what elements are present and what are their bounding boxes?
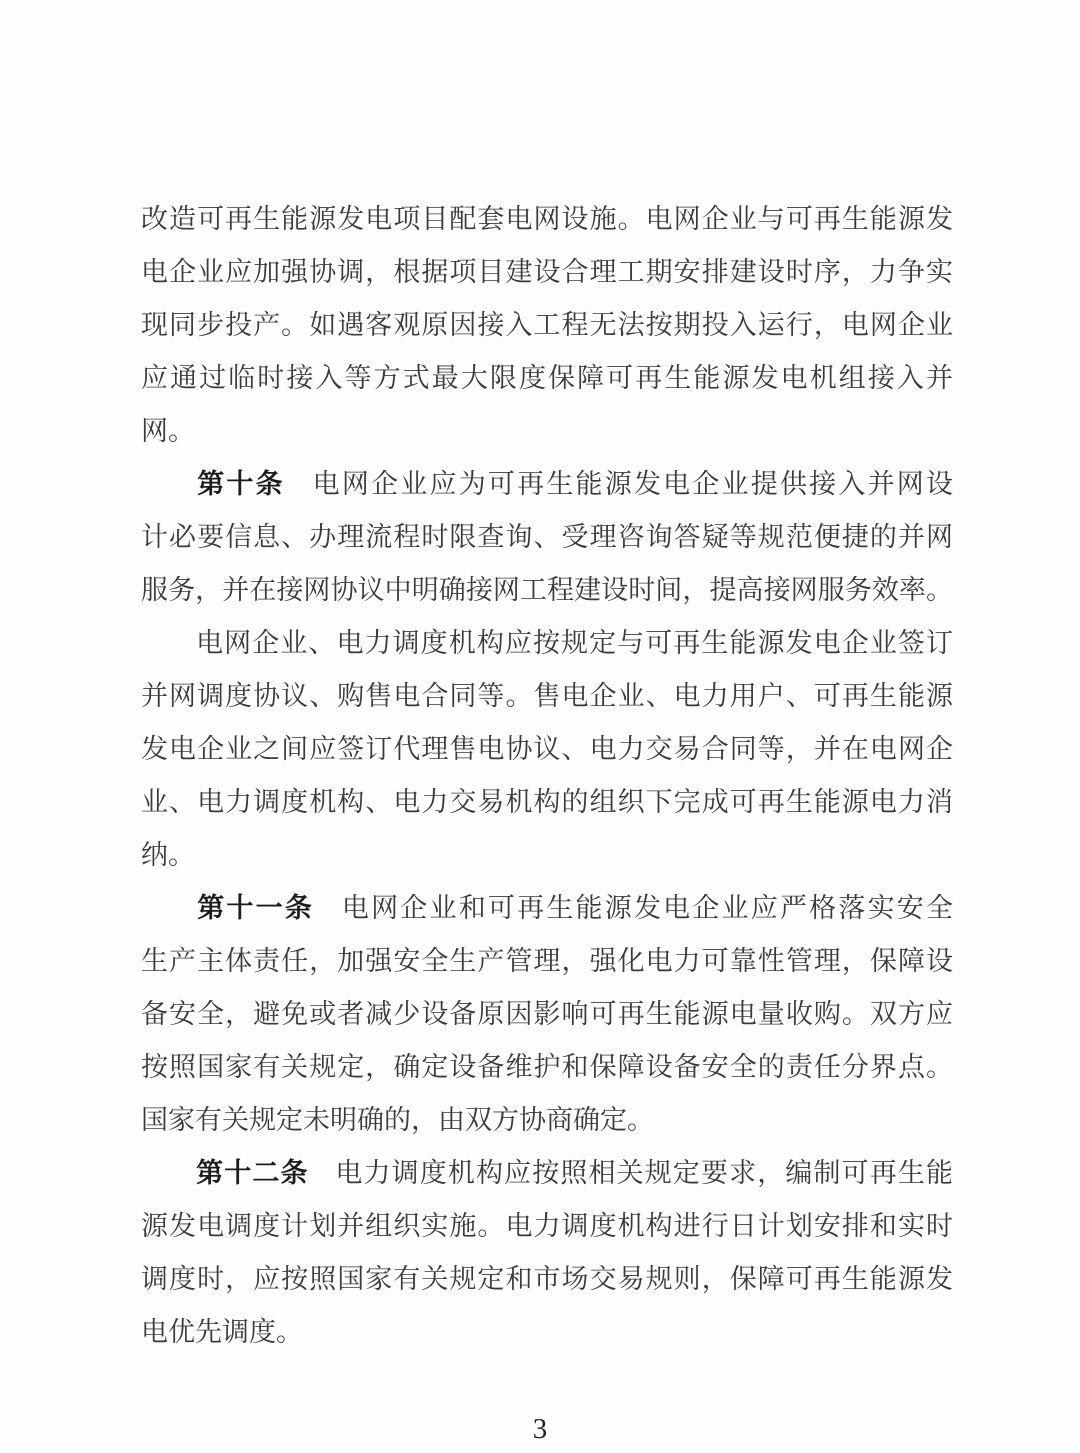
text-line: 现同步投产。如遇客观原因接入工程无法按期投入运行，电网企业 — [141, 299, 953, 352]
line-text: 电网企业和可再生能源发电企业应严格落实安全 — [340, 893, 953, 923]
heading-separator — [285, 492, 311, 493]
line-text: 电网企业、电力调度机构应按规定与可再生能源发电企业签订 — [195, 628, 953, 658]
text-line: 电优先调度。 — [141, 1306, 953, 1359]
text-line: 服务，并在接网协议中明确接网工程建设时间，提高接网服务效率。 — [141, 564, 953, 617]
line-text: 电力调度机构应按照相关规定要求，编制可再生能 — [334, 1158, 953, 1188]
heading-separator — [314, 916, 340, 917]
document-body: 改造可再生能源发电项目配套电网设施。电网企业与可再生能源发电企业应加强协调，根据… — [141, 193, 953, 1359]
paragraph-indent — [141, 651, 195, 652]
paragraph-indent — [141, 492, 195, 493]
text-line: 国家有关规定未明确的，由双方协商确定。 — [141, 1094, 953, 1147]
text-line: 电企业应加强协调，根据项目建设合理工期安排建设时序，力争实 — [141, 246, 953, 299]
heading-separator — [309, 1181, 335, 1182]
article-number-heading: 第十一条 — [195, 893, 314, 923]
text-line: 发电企业之间应签订代理售电协议、电力交易合同等，并在电网企 — [141, 723, 953, 776]
text-line: 调度时，应按照国家有关规定和市场交易规则，保障可再生能源发 — [141, 1253, 953, 1306]
article-number-heading: 第十条 — [195, 469, 285, 499]
text-line: 应通过临时接入等方式最大限度保障可再生能源发电机组接入并 — [141, 352, 953, 405]
paragraph-indent — [141, 916, 195, 917]
text-line: 并网调度协议、购售电合同等。售电企业、电力用户、可再生能源 — [141, 670, 953, 723]
article-number-heading: 第十二条 — [195, 1158, 309, 1188]
line-text: 改造可再生能源发电项目配套电网设施。电网企业与可再生能源发 — [141, 204, 953, 234]
document-page: 改造可再生能源发电项目配套电网设施。电网企业与可再生能源发电企业应加强协调，根据… — [0, 0, 1080, 1453]
page-footer: 3 — [0, 1403, 1080, 1453]
text-line: 纳。 — [141, 829, 953, 882]
text-line: 生产主体责任，加强安全生产管理，强化电力可靠性管理，保障设 — [141, 935, 953, 988]
text-line: 计必要信息、办理流程时限查询、受理咨询答疑等规范便捷的并网 — [141, 511, 953, 564]
text-line: 按照国家有关规定，确定设备维护和保障设备安全的责任分界点。 — [141, 1041, 953, 1094]
text-line: 电网企业、电力调度机构应按规定与可再生能源发电企业签订 — [141, 617, 953, 670]
text-line: 第十二条电力调度机构应按照相关规定要求，编制可再生能 — [141, 1147, 953, 1200]
text-line: 改造可再生能源发电项目配套电网设施。电网企业与可再生能源发 — [141, 193, 953, 246]
page-number: 3 — [533, 1403, 548, 1453]
line-text: 电网企业应为可再生能源发电企业提供接入并网设 — [310, 469, 953, 499]
paragraph-indent — [141, 1181, 195, 1182]
text-line: 业、电力调度机构、电力交易机构的组织下完成可再生能源电力消 — [141, 776, 953, 829]
text-line: 第十条电网企业应为可再生能源发电企业提供接入并网设 — [141, 458, 953, 511]
text-line: 源发电调度计划并组织实施。电力调度机构进行日计划安排和实时 — [141, 1200, 953, 1253]
text-line: 网。 — [141, 405, 953, 458]
text-line: 备安全，避免或者减少设备原因影响可再生能源电量收购。双方应 — [141, 988, 953, 1041]
text-line: 第十一条电网企业和可再生能源发电企业应严格落实安全 — [141, 882, 953, 935]
